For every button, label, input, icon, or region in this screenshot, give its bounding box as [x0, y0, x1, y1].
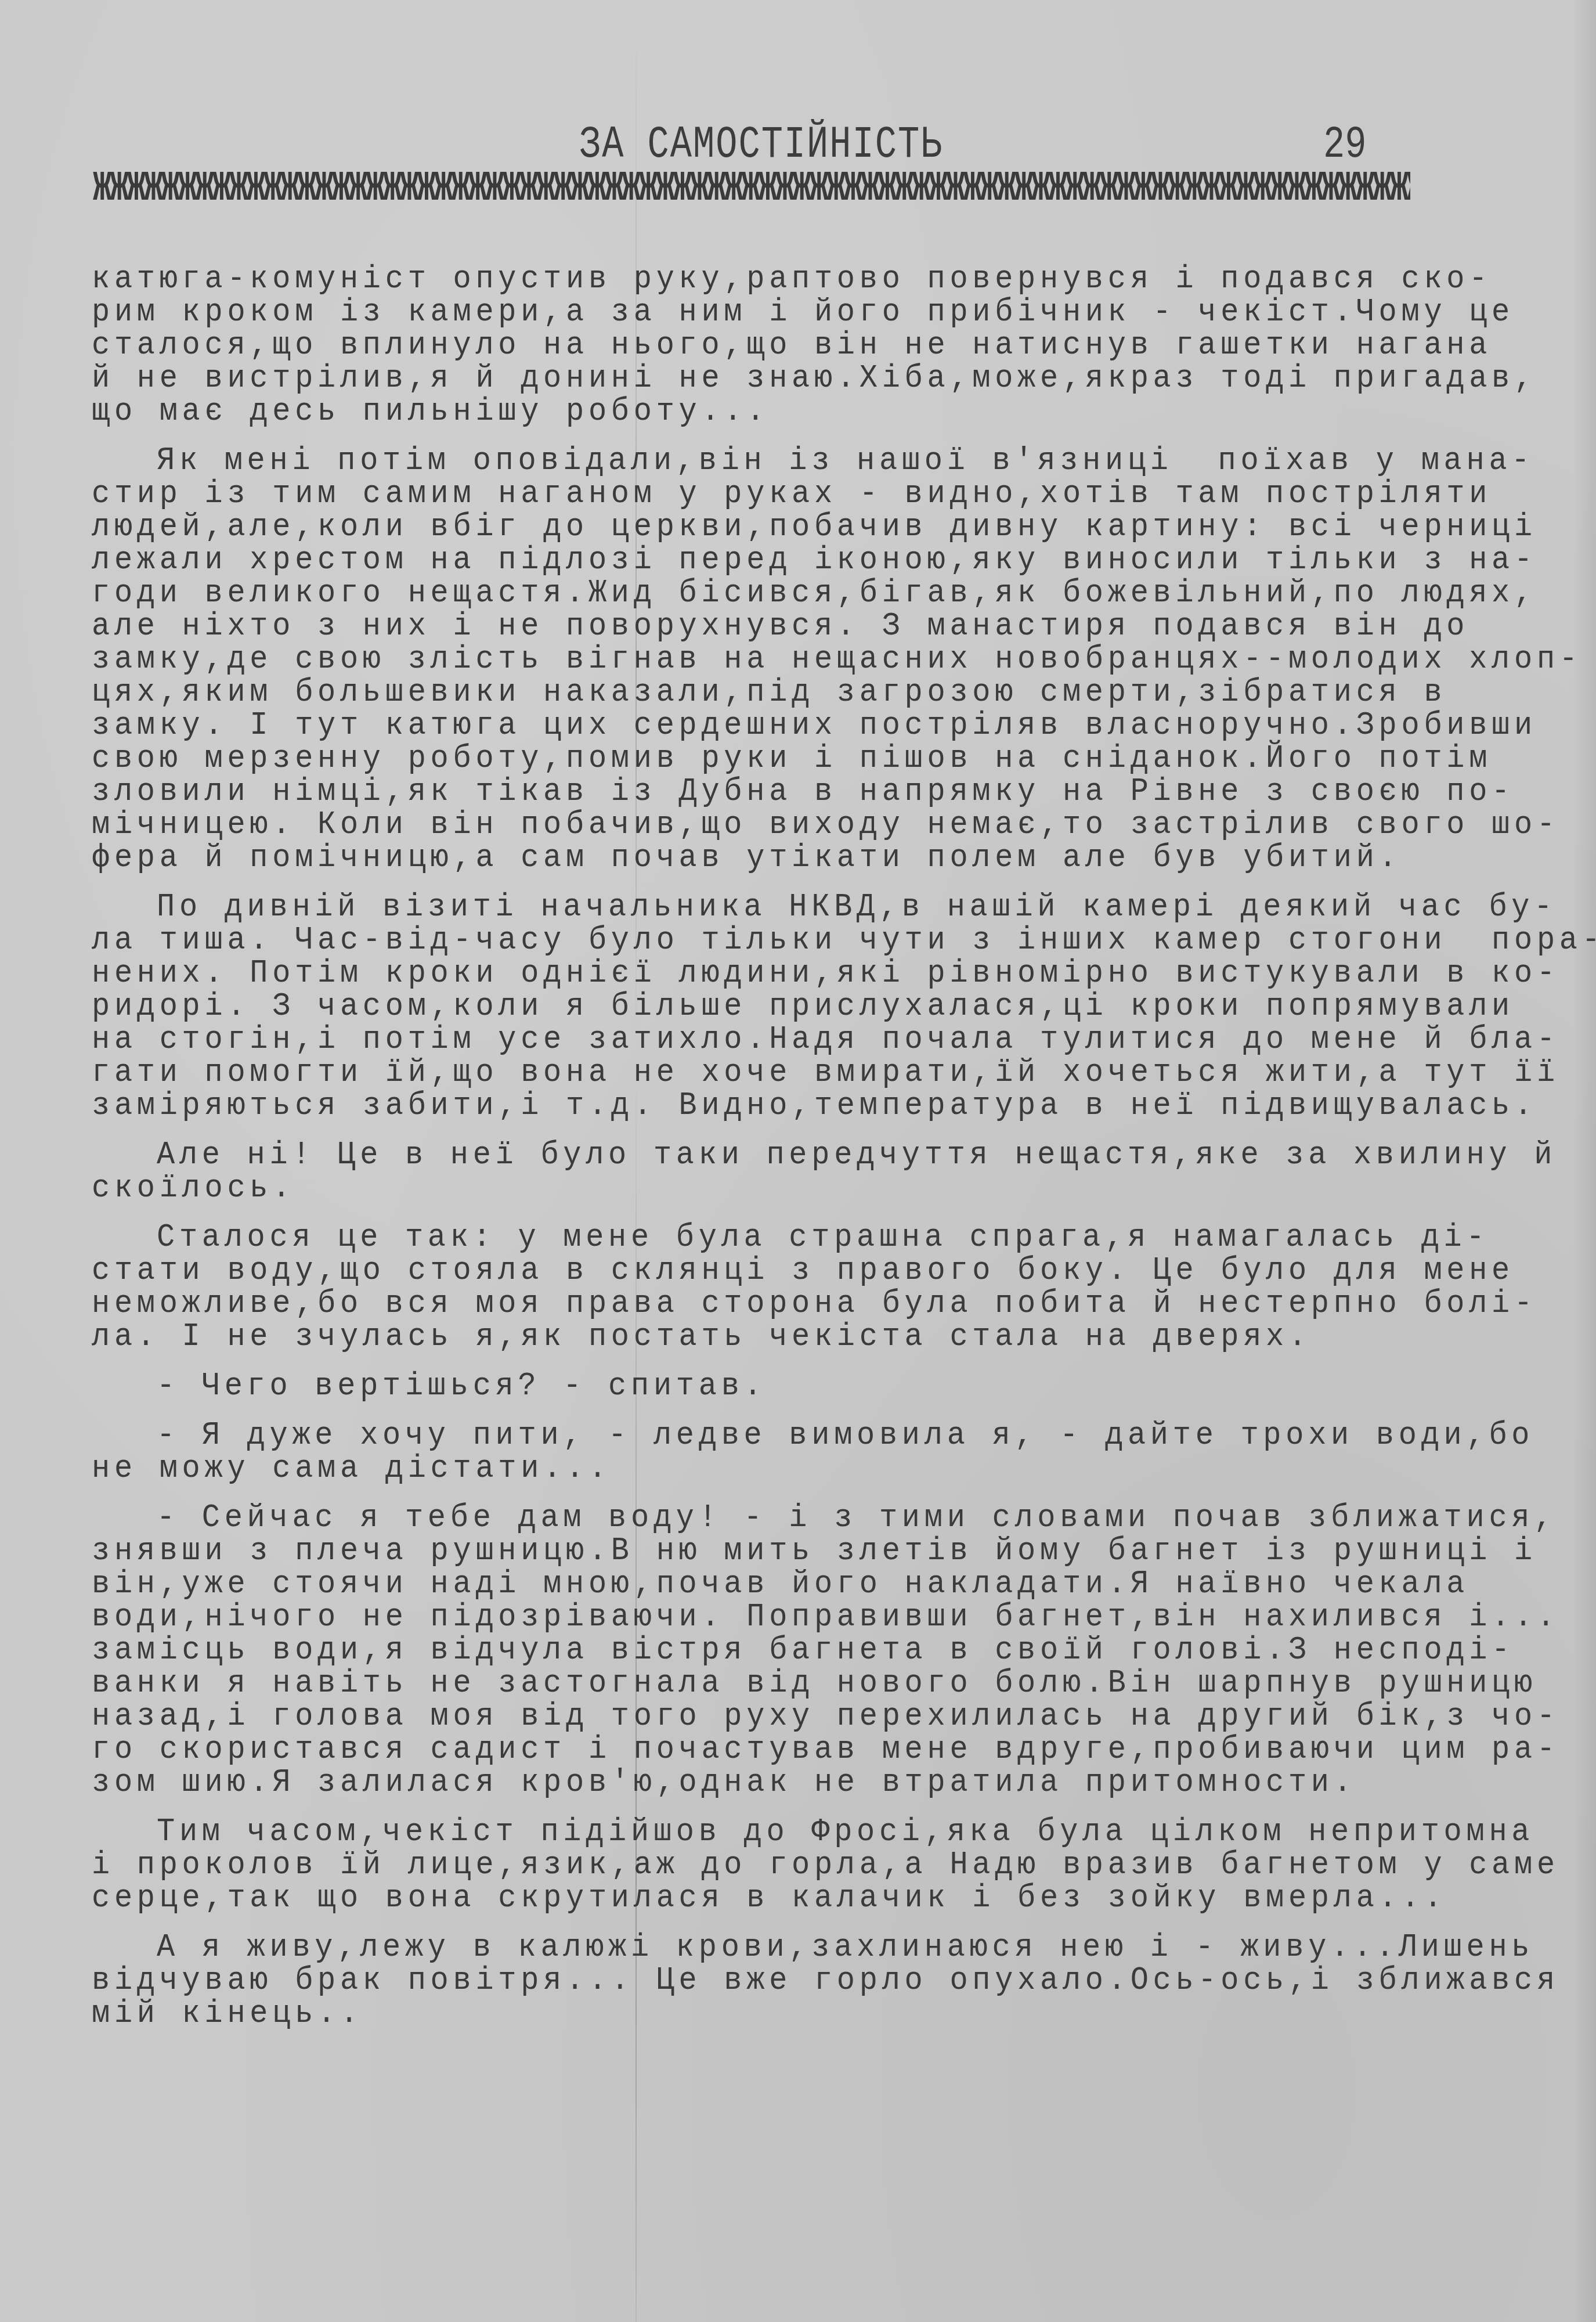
text-line: А я живу,лежу в калюжі крови,захлинаюся … — [92, 1930, 1531, 1966]
text-line: на стогін,і потім усе затихло.Надя почал… — [92, 1022, 1531, 1058]
paragraph: - Я дуже хочу пити, - ледве вимовила я, … — [92, 1418, 1531, 1484]
text-line: годи великого нещастя.Жид бісився,бігав,… — [92, 575, 1531, 611]
document-body: катюга-комуніст опустив руку,раптово пов… — [92, 261, 1531, 2045]
text-line: Тим часом,чекіст підійшов до Фросі,яка б… — [92, 1814, 1531, 1850]
paragraph: Тим часом,чекіст підійшов до Фросі,яка б… — [92, 1814, 1531, 1913]
paragraph: А я живу,лежу в калюжі крови,захлинаюся … — [92, 1930, 1531, 2029]
text-line: він,уже стоячи наді мною,почав його накл… — [92, 1566, 1531, 1602]
text-line: мій кінець.. — [92, 1996, 1531, 2032]
text-line: мічницею. Коли він побачив,що виходу нем… — [92, 807, 1531, 843]
text-line: цях,яким большевики наказали,під загрозо… — [92, 675, 1531, 711]
text-line: замку. І тут катюга цих сердешних пострі… — [92, 708, 1531, 744]
text-line: рим кроком із камери,а за ним і його при… — [92, 294, 1531, 330]
text-line: заміряються забити,і т.д. Видно,температ… — [92, 1088, 1531, 1124]
text-line: ла. І не зчулась я,як постать чекіста ст… — [92, 1319, 1531, 1355]
text-line: неможливе,бо вся моя права сторона була … — [92, 1286, 1531, 1322]
text-line: ванки я навіть не застогнала від нового … — [92, 1665, 1531, 1701]
paragraph: Як мені потім оповідали,він із нашої в'я… — [92, 443, 1531, 873]
text-line: ридорі. З часом,коли я більше прислухала… — [92, 989, 1531, 1025]
text-line: замісць води,я відчула вістря багнета в … — [92, 1632, 1531, 1668]
paragraph: По дивній візиті начальника НКВД,в нашій… — [92, 889, 1531, 1121]
text-line: сталося,що вплинуло на нього,що він не н… — [92, 327, 1531, 363]
text-line: зловили німці,як тікав із Дубна в напрям… — [92, 774, 1531, 810]
text-line: води,нічого не підозріваючи. Поправивши … — [92, 1599, 1531, 1635]
text-line: замку,де свою злість вігнав на нещасних … — [92, 641, 1531, 677]
paragraph: Сталося це так: у мене була страшна спра… — [92, 1220, 1531, 1352]
text-line: лежали хрестом на підлозі перед іконою,я… — [92, 542, 1531, 578]
text-line: знявши з плеча рушницю.В ню мить злетів … — [92, 1533, 1531, 1569]
text-line: й не вистрілив,я й донині не знаю.Хіба,м… — [92, 360, 1531, 396]
text-line: По дивній візиті начальника НКВД,в нашій… — [92, 889, 1531, 925]
text-line: стати воду,що стояла в склянці з правого… — [92, 1253, 1531, 1289]
paragraph: Але ні! Це в неї було таки передчуття не… — [92, 1137, 1531, 1203]
text-line: зом шию.Я залилася кров'ю,однак не втрат… — [92, 1765, 1531, 1801]
text-line: не можу сама дістати... — [92, 1451, 1531, 1487]
text-line: але ніхто з них і не поворухнувся. З ман… — [92, 608, 1531, 644]
text-line: фера й помічницю,а сам почав утікати пол… — [92, 840, 1531, 876]
text-line: - Чего вертішься? - спитав. — [92, 1368, 1531, 1404]
text-line: Як мені потім оповідали,він із нашої в'я… — [92, 443, 1531, 479]
text-line: свою мерзенну роботу,помив руки і пішов … — [92, 741, 1531, 777]
text-line: назад,і голова моя від того руху перехил… — [92, 1699, 1531, 1735]
running-header: ЗА САМОСТІЙНІСТЬ 29 — [0, 119, 1596, 165]
text-line: відчуваю брак повітря... Це вже горло оп… — [92, 1963, 1531, 1999]
page-edge-shadow — [1573, 0, 1596, 2322]
text-line: Сталося це так: у мене була страшна спра… — [92, 1220, 1531, 1256]
text-line: що має десь пильнішу роботу... — [92, 394, 1531, 430]
text-line: людей,але,коли вбіг до церкви,побачив ди… — [92, 509, 1531, 545]
paragraph: - Чего вертішься? - спитав. — [92, 1368, 1531, 1401]
paragraph: - Сейчас я тебе дам воду! - і з тими сло… — [92, 1500, 1531, 1798]
text-line: гати помогти їй,що вона не хоче вмирати,… — [92, 1055, 1531, 1091]
text-line: катюга-комуніст опустив руку,раптово пов… — [92, 261, 1531, 297]
text-line: нених. Потім кроки однієї людини,які рів… — [92, 956, 1531, 991]
text-line: і проколов їй лице,язик,аж до горла,а На… — [92, 1847, 1531, 1883]
paragraph: катюга-комуніст опустив руку,раптово пов… — [92, 261, 1531, 427]
text-line: - Я дуже хочу пити, - ледве вимовила я, … — [92, 1418, 1531, 1454]
text-line: го скористався садист і почастував мене … — [92, 1732, 1531, 1768]
publication-title: ЗА САМОСТІЙНІСТЬ — [579, 119, 943, 171]
page-number: 29 — [1323, 119, 1366, 171]
text-line: ла тиша. Час-від-часу було тільки чути з… — [92, 922, 1531, 958]
text-line: - Сейчас я тебе дам воду! - і з тими сло… — [92, 1500, 1531, 1536]
text-line: стир із тим самим наганом у руках - видн… — [92, 476, 1531, 512]
text-line: серце,так що вона скрутилася в калачик і… — [92, 1880, 1531, 1916]
typewriter-ornament-rule: ЖЖЖЖЖЖЖЖЖЖЖЖЖЖЖЖЖЖЖЖЖЖЖЖЖЖЖЖЖЖЖЖЖЖЖЖЖЖЖЖ… — [93, 165, 1410, 213]
text-line: Але ні! Це в неї було таки передчуття не… — [92, 1137, 1531, 1173]
text-line: скоїлось. — [92, 1170, 1531, 1206]
